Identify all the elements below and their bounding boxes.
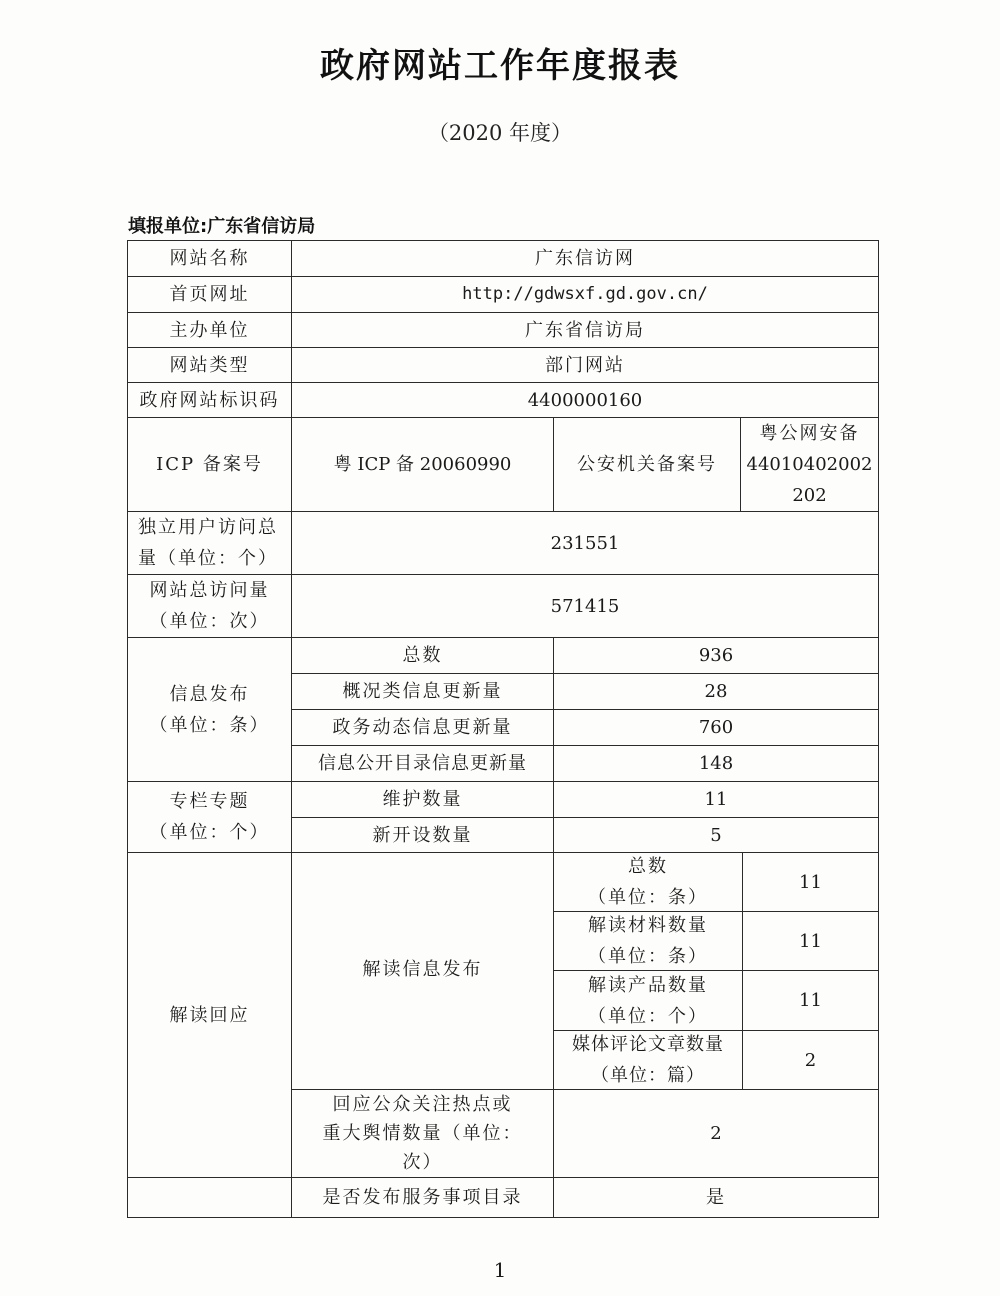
value-icp: 粤 ICP 备 20060990 — [291, 417, 554, 512]
label-public-response: 回应公众关注热点或 重大舆情数量（单位： 次） — [291, 1089, 554, 1178]
label-service-catalog: 是否发布服务事项目录 — [291, 1177, 554, 1218]
interpretation-row-label: 媒体评论文章数量 （单位：篇） — [553, 1030, 743, 1090]
info-publish-row-label: 信息公开目录信息更新量 — [291, 745, 554, 782]
label-line-1: 信息发布 — [170, 679, 250, 710]
value-sponsor: 广东省信访局 — [291, 312, 879, 348]
value-site-type: 部门网站 — [291, 347, 879, 383]
value-unique-visitors: 231551 — [291, 511, 879, 575]
value-public-response: 2 — [553, 1089, 879, 1178]
label-line-2: 重大舆情数量（单位： — [323, 1119, 523, 1148]
label-line-2: （单位：条） — [588, 941, 708, 972]
interpretation-row-value: 2 — [742, 1030, 879, 1090]
value-site-name: 广东信访网 — [291, 240, 879, 277]
interpretation-row-label: 总数 （单位：条） — [553, 852, 743, 912]
value-homepage: http://gdwsxf.gd.gov.cn/ — [291, 276, 879, 313]
page-title: 政府网站工作年度报表 — [0, 38, 1000, 87]
label-unique-visitors: 独立用户访问总 量（单位：个） — [127, 511, 292, 575]
label-total-visits: 网站总访问量 （单位：次） — [127, 574, 292, 638]
label-info-publish: 信息发布 （单位：条） — [127, 637, 292, 782]
label-line-2: （单位：条） — [588, 882, 708, 913]
label-police-record: 公安机关备案号 — [553, 417, 741, 512]
label-line-2: （单位：个） — [588, 1001, 708, 1032]
info-publish-row-value: 760 — [553, 709, 879, 746]
interpretation-row-value: 11 — [742, 970, 879, 1031]
value-service-catalog: 是 — [553, 1177, 879, 1218]
info-publish-row-label: 总数 — [291, 637, 554, 674]
interpretation-row-label: 解读材料数量 （单位：条） — [553, 911, 743, 971]
value-total-visits: 571415 — [291, 574, 879, 638]
label-site-type: 网站类型 — [127, 347, 292, 383]
police-record-line-1: 粤公网安备 — [760, 418, 860, 449]
columns-row-value: 5 — [553, 817, 879, 853]
police-record-line-2: 44010402002 — [747, 449, 873, 480]
label-line-1: 回应公众关注热点或 — [333, 1090, 513, 1119]
label-site-name: 网站名称 — [127, 240, 292, 277]
report-year: （2020 年度） — [0, 117, 1000, 147]
interpretation-row-value: 11 — [742, 911, 879, 971]
label-icp: ICP 备案号 — [127, 417, 292, 512]
label-line-3: 次） — [403, 1148, 443, 1177]
label-line-1: 独立用户访问总 — [138, 512, 278, 543]
label-interpretation-publish: 解读信息发布 — [291, 852, 554, 1090]
label-interpretation: 解读回应 — [127, 852, 292, 1178]
police-record-line-3: 202 — [792, 480, 826, 511]
columns-row-label: 维护数量 — [291, 781, 554, 818]
label-line-1: 解读材料数量 — [588, 910, 708, 941]
label-line-1: 网站总访问量 — [150, 575, 270, 606]
label-columns: 专栏专题 （单位：个） — [127, 781, 292, 853]
interpretation-row-value: 11 — [742, 852, 879, 912]
label-site-code: 政府网站标识码 — [127, 382, 292, 418]
info-publish-row-label: 政务动态信息更新量 — [291, 709, 554, 746]
columns-row-label: 新开设数量 — [291, 817, 554, 853]
label-line-1: 总数 — [628, 851, 668, 882]
info-publish-row-value: 936 — [553, 637, 879, 674]
label-homepage: 首页网址 — [127, 276, 292, 313]
label-line-2: （单位：次） — [150, 606, 270, 637]
label-line-1: 解读产品数量 — [588, 970, 708, 1001]
interpretation-row-label: 解读产品数量 （单位：个） — [553, 970, 743, 1031]
label-line-2: （单位：篇） — [591, 1060, 705, 1091]
label-blank — [127, 1177, 292, 1218]
info-publish-row-value: 28 — [553, 673, 879, 710]
filing-unit: 填报单位:广东省信访局 — [128, 212, 315, 238]
label-line-1: 媒体评论文章数量 — [572, 1029, 724, 1060]
value-site-code: 4400000160 — [291, 382, 879, 418]
value-police-record: 粤公网安备 44010402002 202 — [740, 417, 879, 512]
label-line-2: （单位：个） — [150, 817, 270, 848]
columns-row-value: 11 — [553, 781, 879, 818]
label-line-2: 量（单位：个） — [138, 543, 278, 574]
info-publish-row-value: 148 — [553, 745, 879, 782]
label-line-2: （单位：条） — [150, 710, 270, 741]
label-sponsor: 主办单位 — [127, 312, 292, 348]
page-number: 1 — [0, 1258, 1000, 1282]
info-publish-row-label: 概况类信息更新量 — [291, 673, 554, 710]
label-line-1: 专栏专题 — [170, 786, 250, 817]
